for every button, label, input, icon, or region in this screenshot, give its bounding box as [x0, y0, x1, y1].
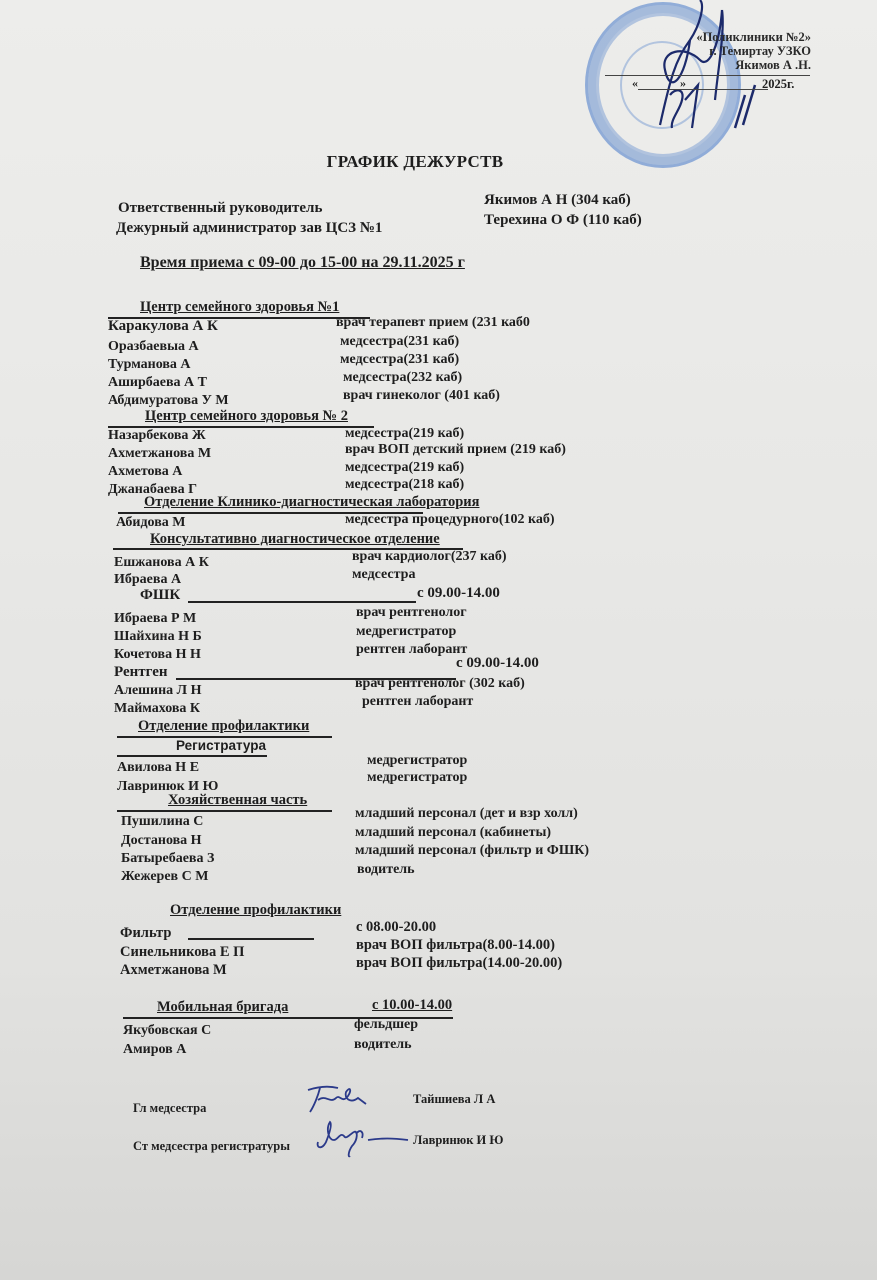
- staff-name: Турманова А: [108, 357, 191, 373]
- staff-role: медсестра(231 каб): [340, 352, 459, 368]
- staff-role: врач ВОП детский прием (219 каб): [345, 442, 566, 458]
- staff-name: Аширбаева А Т: [108, 375, 207, 391]
- section-time-filter: с 08.00-20.00: [356, 919, 436, 936]
- staff-name: Шайхина Н Б: [114, 629, 202, 645]
- staff-name: Ахметова А: [108, 464, 182, 480]
- staff-role: медсестра процедурного(102 каб): [345, 512, 555, 528]
- section-title-household: Хозяйственная часть: [168, 792, 307, 809]
- staff-name: Абдимуратова У М: [108, 393, 229, 409]
- staff-name: Синельникова Е П: [120, 944, 244, 961]
- staff-name: Кочетова Н Н: [114, 647, 201, 663]
- staff-name: Ахметжанова М: [120, 962, 227, 979]
- subsection-title-registry: Регистратура: [176, 738, 266, 753]
- section-title-lab: Отделение Клинико-диагностическая лабора…: [144, 494, 479, 511]
- staff-role: врач гинеколог (401 каб): [343, 388, 500, 404]
- staff-role: врач кардиолог(237 каб): [352, 549, 507, 565]
- staff-role: водитель: [357, 862, 415, 878]
- staff-role: медрегистратор: [367, 770, 467, 786]
- filter-underline: [188, 938, 314, 940]
- staff-role: водитель: [354, 1037, 412, 1053]
- staff-name: Ибраева А: [114, 572, 181, 588]
- signatory-name: Тайшиева Л А: [413, 1092, 495, 1107]
- staff-role: рентген лаборант: [362, 694, 473, 710]
- staff-role: медсестра(231 каб): [340, 334, 459, 350]
- staff-name: Жежерев С М: [121, 869, 208, 885]
- admin-value: Терехина О Ф (110 каб): [484, 212, 642, 229]
- staff-role: медсестра(219 каб): [345, 460, 464, 476]
- staff-role: рентген лаборант: [356, 642, 467, 658]
- staff-name: Назарбекова Ж: [108, 428, 206, 444]
- admin-label: Дежурный администратор зав ЦСЗ №1: [116, 220, 382, 237]
- staff-name: Ахметжанова М: [108, 446, 211, 462]
- staff-role: врач терапевт прием (231 каб0: [336, 315, 530, 331]
- staff-role: врач рентгенолог: [356, 605, 467, 621]
- staff-name: Оразбаевыа А: [108, 339, 199, 355]
- staff-role: медсестра: [352, 567, 415, 583]
- staff-role: младший персонал (дет и взр холл): [355, 806, 578, 822]
- responsible-value: Якимов А Н (304 каб): [484, 192, 631, 209]
- page-title: ГРАФИК ДЕЖУРСТВ: [0, 152, 830, 172]
- approval-city: г. Темиртау УЗКО: [696, 44, 811, 58]
- section-title-prophylaxis: Отделение профилактики: [138, 718, 309, 735]
- staff-name: Алешина Л Н: [114, 683, 201, 699]
- section-title-csz1: Центр семейного здоровья №1: [140, 299, 339, 316]
- staff-name: Ешжанова А К: [114, 555, 209, 571]
- staff-role: врач ВОП фильтра(8.00-14.00): [356, 937, 555, 954]
- section-title-prophylaxis-filter: Отделение профилактики: [170, 902, 341, 919]
- approval-org: «Поликлиники №2»: [696, 30, 811, 44]
- staff-role: врач ВОП фильтра(14.00-20.00): [356, 955, 562, 972]
- staff-name: Абидова М: [116, 515, 185, 531]
- section-title-csz2: Центр семейного здоровья № 2: [145, 408, 348, 425]
- handwritten-signature-icon: [300, 1082, 380, 1118]
- section-title-mobile-team: Мобильная бригада: [157, 999, 288, 1016]
- staff-role: медсестра(219 каб): [345, 426, 464, 442]
- staff-name: Достанова Н: [121, 833, 202, 849]
- section-underline: [117, 810, 332, 812]
- staff-role: младший персонал (фильтр и ФШК): [355, 843, 589, 859]
- approval-year: 2025г.: [762, 77, 794, 92]
- staff-role: медрегистратор: [356, 624, 456, 640]
- section-title-fshk: ФШК: [140, 587, 180, 604]
- reception-time: Время приема с 09-00 до 15-00 на 29.11.2…: [140, 254, 465, 272]
- signature-position: Ст медсестра регистратуры: [133, 1139, 290, 1154]
- staff-role: врач рентгенолог (302 каб): [355, 676, 525, 692]
- staff-name: Батыребаева З: [121, 851, 214, 867]
- staff-role: медрегистратор: [367, 753, 467, 769]
- signatory-name: Лавринюк И Ю: [413, 1133, 503, 1148]
- handwritten-signature-icon: [312, 1118, 412, 1160]
- section-underline: [188, 601, 416, 603]
- approval-date-line: [638, 89, 768, 90]
- responsible-label: Ответственный руководитель: [118, 200, 322, 217]
- duty-schedule-document: «Поликлиники №2» г. Темиртау УЗКО Якимов…: [0, 0, 877, 1280]
- staff-role: медсестра(218 каб): [345, 477, 464, 493]
- staff-role: младший персонал (кабинеты): [355, 825, 551, 841]
- section-underline: [117, 755, 267, 757]
- section-time-fshk: с 09.00-14.00: [417, 585, 500, 602]
- section-time-mobile-team: с 10.00-14.00: [372, 997, 452, 1014]
- section-title-kdo: Консультативно диагностическое отделение: [150, 531, 440, 548]
- staff-name: Ибраева Р М: [114, 611, 196, 627]
- approval-signer: Якимов А .Н.: [696, 58, 811, 72]
- staff-name: Амиров А: [123, 1042, 186, 1058]
- staff-name: Авилова Н Е: [117, 760, 199, 776]
- section-title-xray: Рентген: [114, 664, 168, 681]
- section-time-xray: с 09.00-14.00: [456, 655, 539, 672]
- staff-name: Каракулова А К: [108, 318, 218, 335]
- staff-role: фельдшер: [354, 1017, 418, 1033]
- signature-position: Гл медсестра: [133, 1101, 206, 1116]
- staff-role: медсестра(232 каб): [343, 370, 462, 386]
- staff-name: Пушилина С: [121, 814, 203, 830]
- staff-name: Якубовская С: [123, 1023, 211, 1039]
- staff-name: Маймахова К: [114, 701, 200, 717]
- subsection-title-filter: Фильтр: [120, 925, 171, 942]
- approval-block: «Поликлиники №2» г. Темиртау УЗКО Якимов…: [696, 30, 811, 72]
